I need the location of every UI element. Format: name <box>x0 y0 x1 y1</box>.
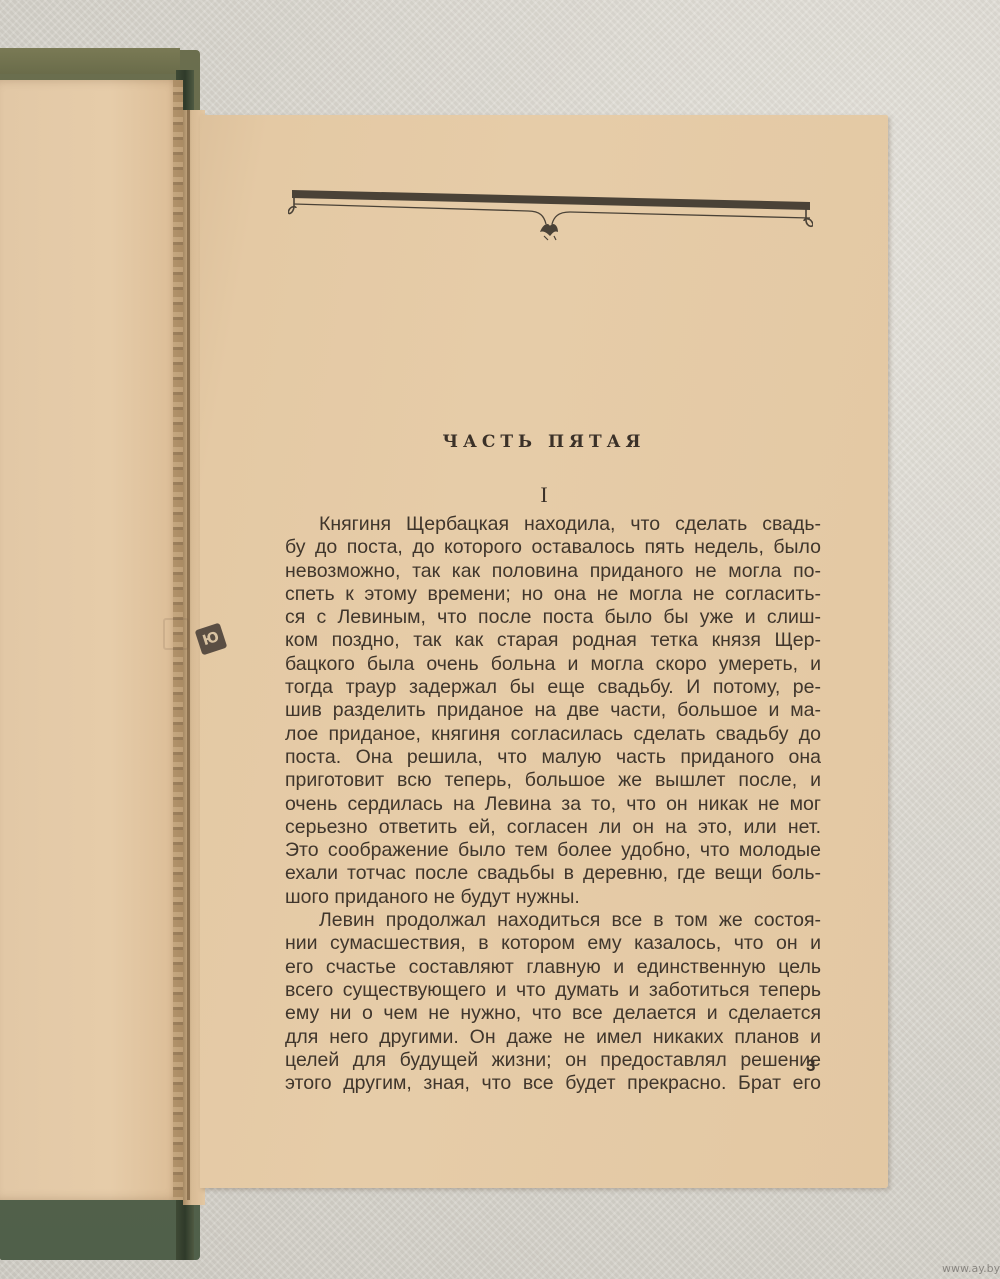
chapter-number: I <box>200 482 888 508</box>
text-line: бацкого была очень больна и могла скоро … <box>285 653 821 676</box>
text-line: спеть к этому времени; но она не могла н… <box>285 583 821 606</box>
text-line: этого другим, зная, что все будет прекра… <box>285 1072 821 1095</box>
text-line: серьезно ответить ей, согласен ли он на … <box>285 816 821 839</box>
text-line: поста. Она решила, что малую часть прида… <box>285 746 821 769</box>
watermark: www.ay.by <box>942 1262 1000 1275</box>
text-line: для него другими. Он даже не имел никаки… <box>285 1026 821 1049</box>
text-line: приготовит всю теперь, большое же вышлет… <box>285 769 821 792</box>
text-line: целей для будущей жизни; он предоставлял… <box>285 1049 821 1072</box>
text-line: шого приданого не будут нужны. <box>285 886 821 909</box>
text-line: бу до поста, до которого оставалось пять… <box>285 536 821 559</box>
stamp-ghost-impression <box>163 618 189 650</box>
text-line: невозможно, так как половина приданого н… <box>285 560 821 583</box>
text-line: ся с Левиным, что после поста было бы уж… <box>285 606 821 629</box>
page-number: 3 <box>806 1056 815 1076</box>
gutter-crease <box>187 110 190 1200</box>
text-line: лое приданое, княгиня согласилась сделат… <box>285 723 821 746</box>
book-cover-top-edge <box>0 48 180 74</box>
ornament-header-rule-icon <box>288 188 813 248</box>
text-line: Это соображение было тем более удобно, ч… <box>285 839 821 862</box>
text-line: очень сердилась на Левина за то, что он … <box>285 793 821 816</box>
part-title: ЧАСТЬ ПЯТАЯ <box>200 432 888 452</box>
body-text: Княгиня Щербацкая находила, что сделать … <box>285 513 821 1095</box>
text-line: нии сумасшествия, в котором ему казалось… <box>285 932 821 955</box>
text-line: его счастье составляют главную и единств… <box>285 956 821 979</box>
text-line: Левин продолжал находиться все в том же … <box>285 909 821 932</box>
left-page <box>0 80 183 1200</box>
text-line: ком поздно, так как старая родная тетка … <box>285 629 821 652</box>
text-line: Княгиня Щербацкая находила, что сделать … <box>285 513 821 536</box>
text-line: всего существующего и что думать и забот… <box>285 979 821 1002</box>
text-line: ему ни о чем не нужно, что все делается … <box>285 1002 821 1025</box>
text-line: ехали тотчас после свадьбы в деревню, гд… <box>285 862 821 885</box>
text-line: шив разделить приданое на две части, бол… <box>285 699 821 722</box>
text-line: тогда траур задержал бы еще свадьбу. И п… <box>285 676 821 699</box>
